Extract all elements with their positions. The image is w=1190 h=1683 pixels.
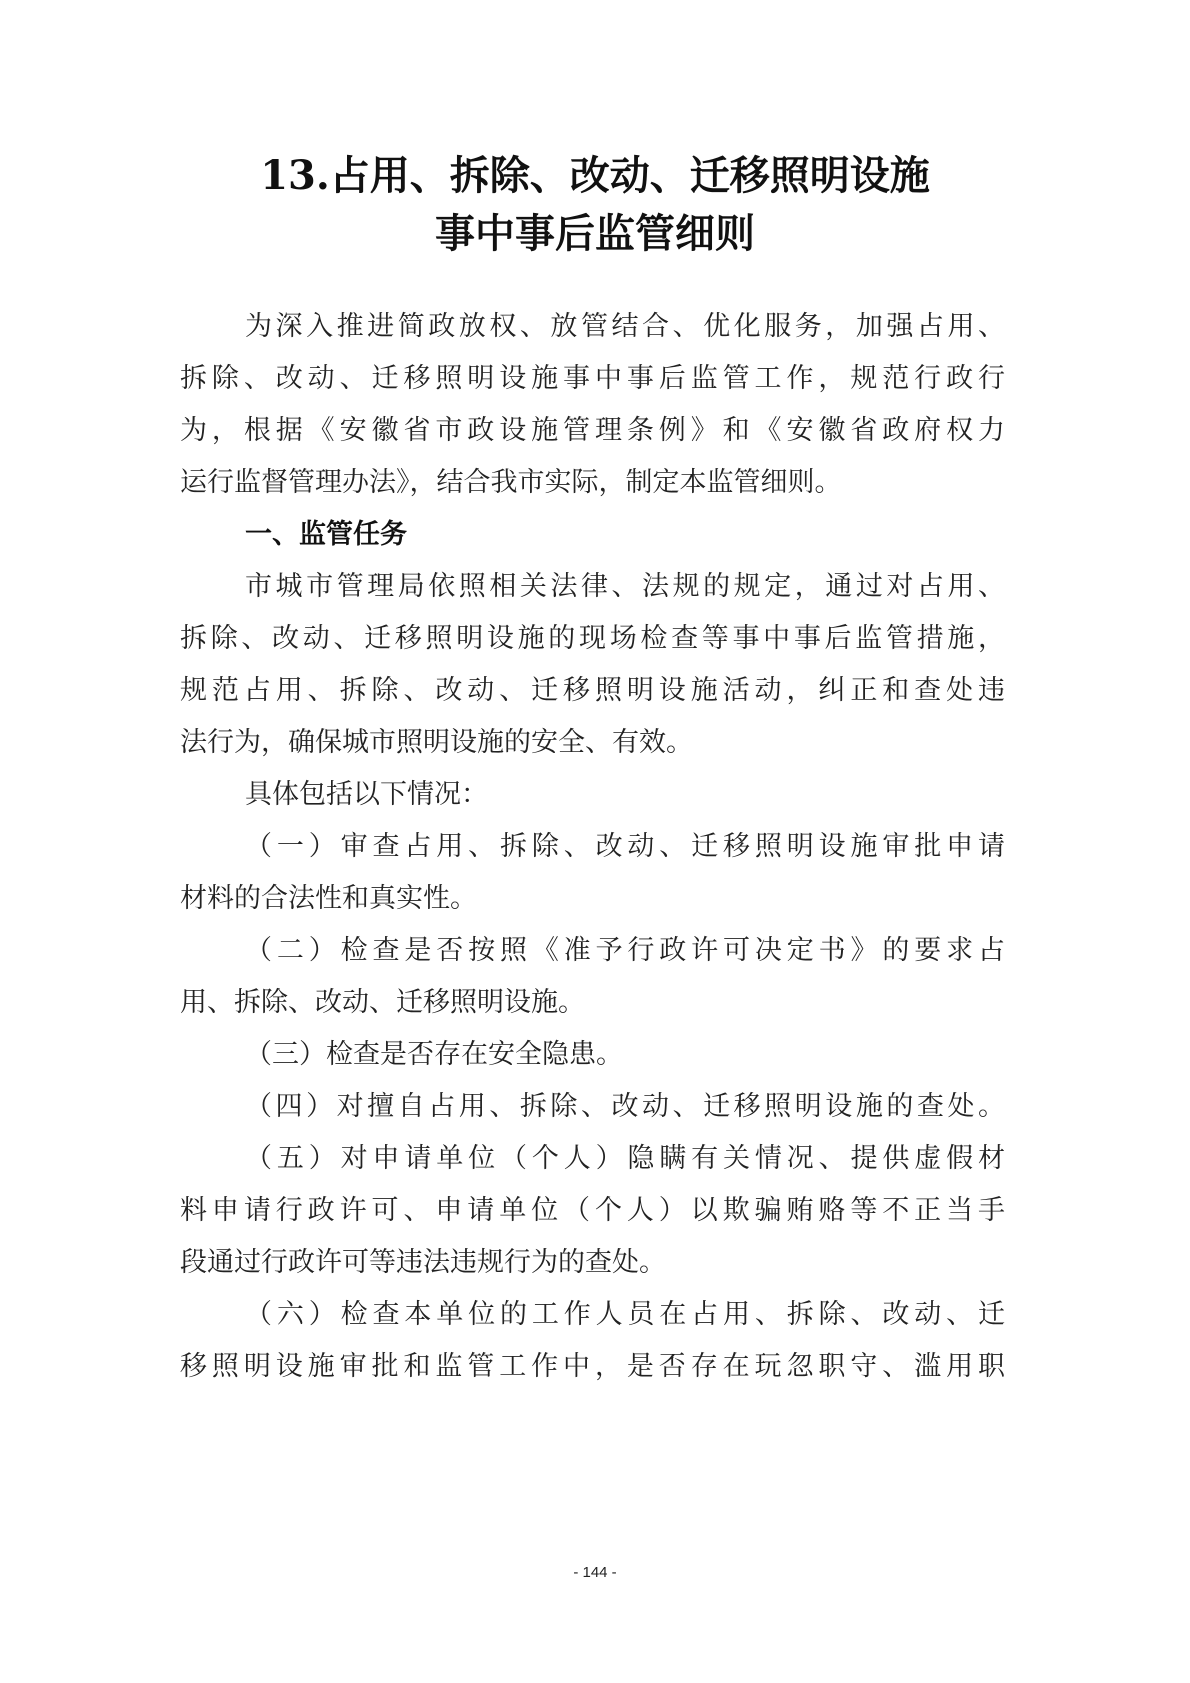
document-title-line-1: 13.占用、拆除、改动、迁移照明设施 bbox=[0, 148, 1190, 204]
list-item-6-line: （六）检查本单位的工作人员在占用、拆除、改动、迁 bbox=[245, 1288, 1005, 1342]
list-item-2-line: （二）检查是否按照《准予行政许可决定书》的要求占 bbox=[245, 924, 1005, 978]
list-item-5-line: 段通过行政许可等违法违规行为的查处。 bbox=[180, 1236, 1005, 1290]
intro-paragraph-line: 为，根据《安徽省市政设施管理条例》和《安徽省政府权力 bbox=[180, 404, 1005, 458]
list-item-6-line: 移照明设施审批和监管工作中，是否存在玩忽职守、滥用职 bbox=[180, 1340, 1005, 1394]
page-number: - 144 - bbox=[0, 1563, 1190, 1583]
list-item-1-line: 材料的合法性和真实性。 bbox=[180, 872, 1005, 926]
list-item-2-line: 用、拆除、改动、迁移照明设施。 bbox=[180, 976, 1005, 1030]
document-page: 13.占用、拆除、改动、迁移照明设施 事中事后监管细则 为深入推进简政放权、放管… bbox=[0, 0, 1190, 1683]
section-paragraph-line: 法行为，确保城市照明设施的安全、有效。 bbox=[180, 716, 1005, 770]
list-item-4-line: （四）对擅自占用、拆除、改动、迁移照明设施的查处。 bbox=[245, 1080, 1005, 1134]
intro-paragraph-line: 运行监督管理办法》，结合我市实际，制定本监管细则。 bbox=[180, 456, 1005, 510]
list-item-5-line: （五）对申请单位（个人）隐瞒有关情况、提供虚假材 bbox=[245, 1132, 1005, 1186]
list-item-3-line: （三）检查是否存在安全隐患。 bbox=[245, 1028, 1005, 1082]
section-paragraph-line: 规范占用、拆除、改动、迁移照明设施活动，纠正和查处违 bbox=[180, 664, 1005, 718]
document-title-line-2: 事中事后监管细则 bbox=[0, 206, 1190, 262]
intro-paragraph-line: 拆除、改动、迁移照明设施事中事后监管工作，规范行政行 bbox=[180, 352, 1005, 406]
section-paragraph-line: 拆除、改动、迁移照明设施的现场检查等事中事后监管措施， bbox=[180, 612, 1005, 666]
intro-paragraph-line: 为深入推进简政放权、放管结合、优化服务，加强占用、 bbox=[245, 300, 1005, 354]
list-lead-text: 具体包括以下情况： bbox=[245, 768, 1005, 822]
list-item-5-line: 料申请行政许可、申请单位（个人）以欺骗贿赂等不正当手 bbox=[180, 1184, 1005, 1238]
list-item-1-line: （一）审查占用、拆除、改动、迁移照明设施审批申请 bbox=[245, 820, 1005, 874]
section-heading: 一、监管任务 bbox=[245, 508, 407, 562]
section-paragraph-line: 市城市管理局依照相关法律、法规的规定，通过对占用、 bbox=[245, 560, 1005, 614]
